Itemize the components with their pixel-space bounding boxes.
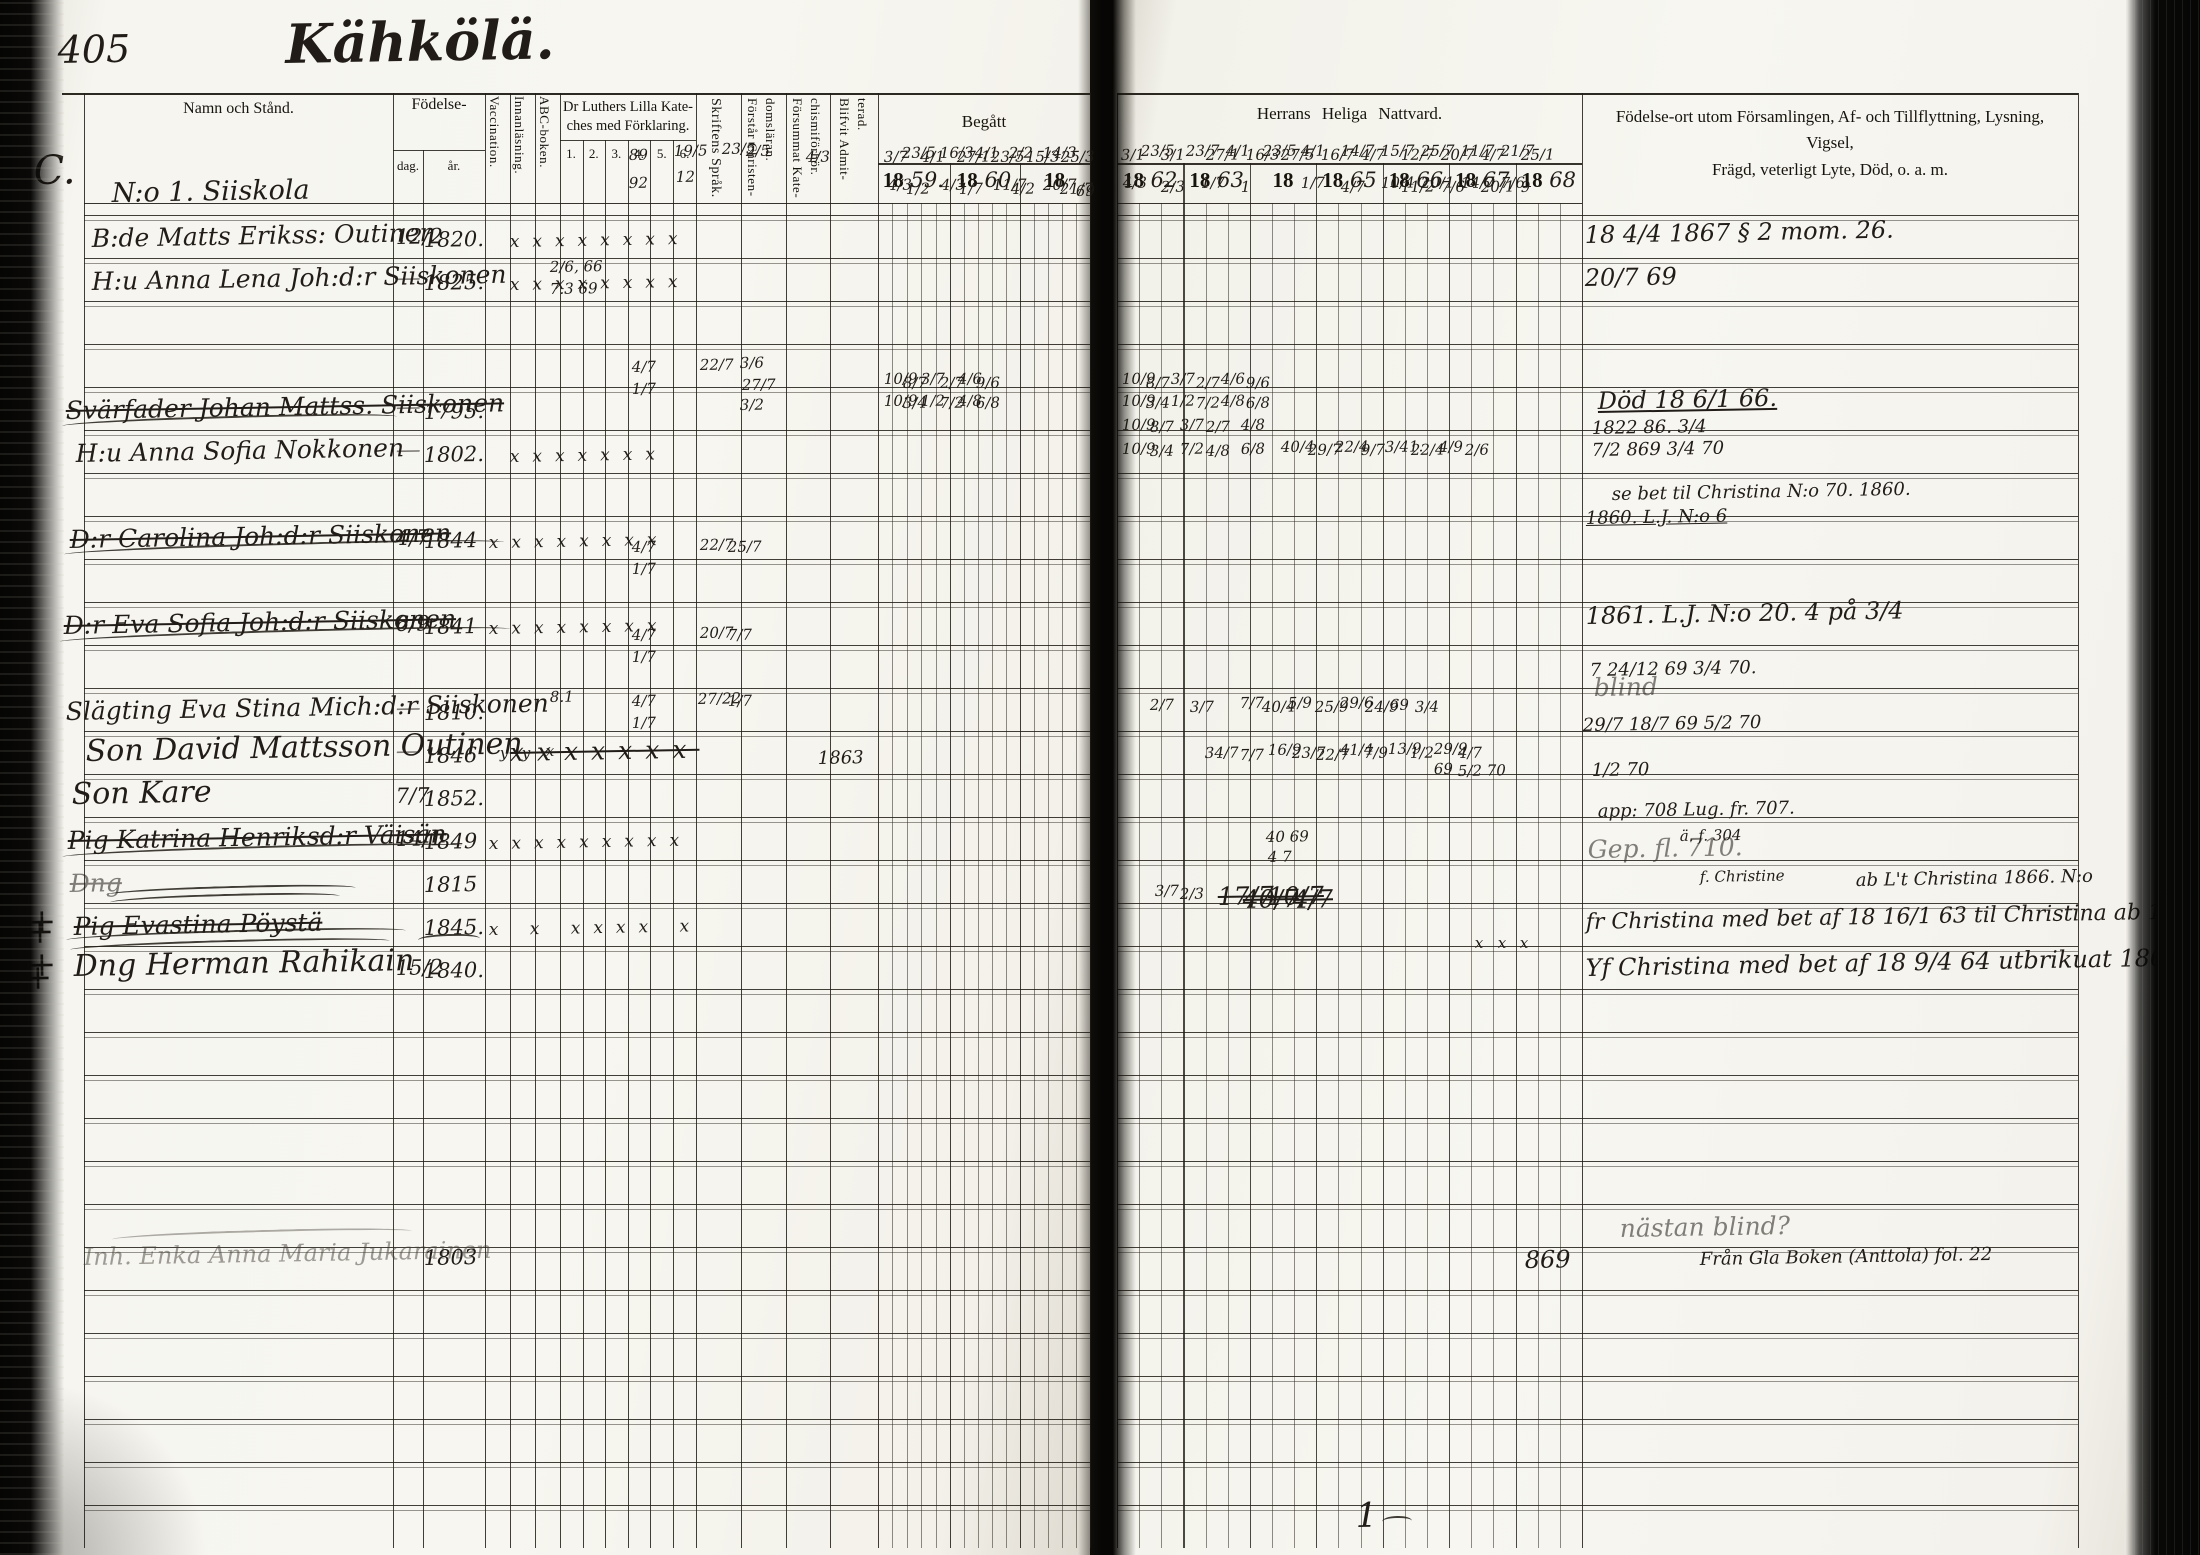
ink-mark: 3/1 <box>1161 146 1185 164</box>
rule-line <box>84 1381 1090 1382</box>
ink-mark: 34/7 <box>1205 743 1239 762</box>
rule-line <box>1006 203 1007 1548</box>
ink-mark: 3/4 <box>1146 394 1170 412</box>
ink-mark: 1/2 <box>1171 392 1195 410</box>
col-header-forsummat-1: Försummat Kate- <box>791 98 804 268</box>
rule-line <box>84 688 1090 689</box>
ink-mark: 6/8 <box>1246 394 1270 412</box>
ink-mark: 2/3 <box>1161 178 1185 196</box>
ink-mark: 4/8 <box>1221 392 1245 410</box>
rule-line <box>1117 301 2078 302</box>
ink-mark: 2/7 <box>1150 696 1174 714</box>
ink-text: Gep. fl. 710. <box>1587 832 1742 864</box>
ink-text: 1861. L.J. N:o 20. 4 på 3/4 <box>1586 596 1904 630</box>
rule-line <box>84 306 1090 307</box>
rule-line <box>84 1467 1090 1468</box>
scan-edge-left <box>0 0 64 1555</box>
ink-text: 29/7 18/7 69 5/2 70 <box>1583 712 1762 736</box>
col-header-kateches: Dr Luthers Lilla Kate- ches med Förklari… <box>560 98 696 136</box>
rule-line <box>84 645 1090 646</box>
col-header-begatt: Begått <box>878 112 1090 132</box>
ink-text: x x xxxx x <box>489 916 703 940</box>
ink-text: f. Christine <box>1700 867 1785 886</box>
rule-line <box>84 1209 1090 1210</box>
rule-line <box>84 1419 1090 1420</box>
kateches-number: 1. <box>560 146 582 162</box>
col-header-blifvit-1: Blifvit Admit- <box>838 98 851 248</box>
rule-line <box>1117 473 2078 474</box>
rule-line <box>1117 1510 2078 1511</box>
ink-text: xxxxxxxx <box>510 272 691 295</box>
scan-edge-right <box>2126 0 2200 1555</box>
rule-line <box>1117 1419 2078 1420</box>
rule-line <box>393 150 485 151</box>
rule-line <box>84 473 1090 474</box>
rule-line <box>1117 1204 2078 1205</box>
rule-line <box>1117 1462 2078 1463</box>
ink-text: — <box>395 392 421 421</box>
rule-line <box>84 215 1090 216</box>
ink-mark: 1 <box>1355 1496 1377 1536</box>
rule-line <box>84 559 1090 560</box>
rule-line <box>84 865 1090 866</box>
col-header-vaccination: Vaccination. <box>488 96 501 256</box>
rule-line <box>84 1290 1090 1291</box>
ink-mark: 4/7 <box>632 692 656 710</box>
rule-line <box>84 1204 1090 1205</box>
col-header-dag: dag. <box>393 158 423 174</box>
rule-line <box>560 93 561 1548</box>
ink-mark: 4/7 <box>632 358 656 376</box>
rule-line <box>1117 1080 2078 1081</box>
ink-text: 1825. <box>424 270 485 295</box>
ink-text: xxxxxxxxx <box>489 830 693 854</box>
rule-line <box>84 564 1090 565</box>
page-number: 405 <box>57 27 130 72</box>
rule-line <box>84 349 1090 350</box>
ink-mark: 8/7 <box>1150 418 1174 436</box>
ink-mark: 3/4 <box>1415 698 1439 716</box>
rule-line <box>84 650 1090 651</box>
ink-mark: 5/9 <box>1288 694 1312 712</box>
rule-line <box>84 1295 1090 1296</box>
col-header-blifvit-2: terad. <box>856 98 869 248</box>
rule-line <box>535 93 536 1548</box>
rule-line <box>1493 203 1494 1548</box>
ink-mark: 69 <box>1434 760 1453 778</box>
rule-line <box>84 989 1090 990</box>
kateches-number: 3. <box>605 146 627 162</box>
ink-mark: 4/7 <box>1341 178 1365 196</box>
rule-line <box>62 93 1090 95</box>
col-header-namn: Namn och Stånd. <box>84 100 393 118</box>
ink-text: 1846 <box>424 743 478 768</box>
ink-mark: 869 <box>1525 1245 1571 1274</box>
rule-line <box>1250 163 1251 1548</box>
ink-mark: 1/7 <box>632 380 656 398</box>
rule-line <box>1117 344 2078 345</box>
rule-line <box>1117 645 2078 646</box>
ink-text: xxxxxxxx <box>510 229 691 252</box>
rule-line <box>84 602 1090 603</box>
ink-mark: 4/8 <box>1241 416 1265 434</box>
rule-line <box>1117 349 2078 350</box>
ink-mark: 3/7 <box>1190 698 1214 716</box>
ink-mark: ab L't Christina 1866. N:o <box>1856 866 2093 891</box>
ink-mark: 7/7 <box>728 626 752 644</box>
rule-line <box>950 163 951 1548</box>
rule-line <box>1117 1424 2078 1425</box>
rule-line <box>84 1166 1090 1167</box>
col-header-skriftens-sprak: Skriftens Språk. <box>708 98 722 268</box>
rule-line <box>84 430 1090 431</box>
rule-line <box>741 93 742 1548</box>
rule-line <box>1427 203 1428 1548</box>
ink-text: — <box>395 693 421 722</box>
ink-mark: 40 69 <box>1266 827 1309 846</box>
ink-text: nästan blind? <box>1619 1211 1790 1243</box>
ink-text: H:u Anna Sofia Nokkonen <box>75 433 404 468</box>
ink-text: xxxxxxx <box>509 735 699 767</box>
rule-line <box>84 1505 1090 1506</box>
ink-mark: 9/6 <box>976 374 1000 392</box>
ink-text: Från Gla Boken (Anttola) fol. 22 <box>1700 1244 1993 1270</box>
ink-mark: 2/6, 66 <box>550 257 603 276</box>
ink-text: Död 18 6/1 66. <box>1598 384 1778 415</box>
ink-mark: 4/9 <box>1439 438 1463 456</box>
kateches-number: 2. <box>583 146 605 162</box>
rule-line <box>830 93 831 1548</box>
ink-mark: 9/6 <box>1246 374 1270 392</box>
ink-text: 1822 86. 3/4 <box>1592 416 1707 439</box>
kateches-number: 5. <box>651 146 673 162</box>
rule-line <box>1272 203 1273 1548</box>
col-header-forstar-1: Förstår Christen- <box>746 98 759 268</box>
rule-line <box>84 1075 1090 1076</box>
col-header-forsummat-2: chismiförhör. <box>809 98 822 268</box>
rule-line <box>2078 93 2079 1548</box>
ink-mark: 1/7 <box>632 714 656 732</box>
rule-line <box>1516 163 1517 1548</box>
rule-line <box>1117 989 2078 990</box>
rule-line <box>1117 1290 2078 1291</box>
ink-mark: 1/2 <box>1410 744 1434 762</box>
ink-text: 1795. <box>424 399 485 424</box>
ink-mark: 1/7 <box>632 648 656 666</box>
rule-line <box>84 1333 1090 1334</box>
ink-mark: x <box>1475 934 1484 952</box>
rule-line <box>84 516 1090 517</box>
rule-line <box>1117 1338 2078 1339</box>
ink-text: 1803 <box>424 1245 478 1270</box>
ink-text: B:de Matts Erikss: Outinen <box>91 218 435 253</box>
ink-text: 1852. <box>424 786 485 811</box>
rule-line <box>1117 93 2078 95</box>
ink-mark: 89 <box>629 146 648 164</box>
col-header-ar: år. <box>423 158 485 174</box>
ink-text: 1810. <box>424 700 485 725</box>
ink-text: — <box>395 435 421 464</box>
rule-line <box>1117 1161 2078 1162</box>
rule-line <box>696 93 697 1548</box>
ink-mark: 25/7 <box>728 537 762 556</box>
ink-mark: 4/2 <box>1011 180 1035 198</box>
ink-mark: 3/4 <box>1150 442 1174 460</box>
ink-mark: 1863 <box>818 747 864 769</box>
ink-mark: 3/7 <box>1155 882 1179 900</box>
rule-line <box>1117 1376 2078 1377</box>
rule-line <box>84 344 1090 345</box>
rule-line <box>1117 865 2078 866</box>
ink-mark: 4/8 <box>1206 442 1230 460</box>
rule-line <box>1117 203 1582 204</box>
ink-mark: 12 <box>676 168 695 186</box>
rule-line <box>84 1080 1090 1081</box>
ink-mark: 6/8 <box>1241 440 1265 458</box>
ink-mark: y <box>500 744 509 762</box>
rule-line <box>1117 1333 2078 1334</box>
ink-text: — <box>395 263 421 292</box>
rule-line <box>1117 559 2078 560</box>
rule-line <box>1117 994 2078 995</box>
rule-line <box>1582 93 1583 1548</box>
rule-line <box>1034 203 1035 1548</box>
ink-mark: 3/7 <box>1180 416 1204 434</box>
rule-line <box>1117 1075 2078 1076</box>
rule-line <box>1117 1295 2078 1296</box>
rule-line <box>1117 306 2078 307</box>
ink-mark: 1 <box>1241 178 1251 196</box>
ink-mark: y <box>522 744 531 762</box>
ink-mark: 1/7 <box>1301 174 1325 192</box>
rule-line <box>1117 1118 2078 1119</box>
rule-line <box>84 1424 1090 1425</box>
page-title: Kähkölä. <box>285 7 555 76</box>
scanned-register-page: 405 Kähkölä. Namn och Stånd. Födelse- da… <box>0 0 2200 1555</box>
ink-mark: 92 <box>629 174 648 192</box>
rule-line <box>485 93 486 1548</box>
ink-strike <box>1382 1516 1412 1528</box>
rule-line <box>1076 203 1077 1548</box>
ink-mark: 3/7 <box>1171 370 1195 388</box>
ink-mark: 7/2 <box>1180 440 1204 458</box>
ink-mark: 1/7 <box>728 692 752 710</box>
ink-mark: 4/7 <box>632 538 656 556</box>
ink-text: Son Kare <box>71 775 211 812</box>
ink-mark: 2/3 <box>1180 885 1204 903</box>
rule-line <box>1117 650 2078 651</box>
rule-line <box>1538 203 1539 1548</box>
ink-text: 1860. L.J. N:o 6 <box>1586 506 1728 529</box>
ink-mark: 2/7 <box>1196 374 1220 392</box>
ink-mark: 1/2 <box>906 180 930 198</box>
ink-mark: 7/9 <box>1364 744 1388 762</box>
ink-mark: 4/7 <box>632 626 656 644</box>
rule-line <box>84 1376 1090 1377</box>
ink-mark: 9 <box>1521 178 1531 196</box>
ink-mark: x <box>546 742 555 760</box>
ink-text: 1815 <box>424 872 478 897</box>
ink-text: 1849 <box>424 829 478 854</box>
ink-text: N:o 1. Siiskola <box>111 175 309 209</box>
ink-mark: 2/5 <box>746 142 770 160</box>
ink-mark: 9/7 <box>1361 441 1385 459</box>
ink-mark: 3/2 <box>740 396 764 414</box>
rule-line <box>1117 1123 2078 1124</box>
ink-mark: 7/7 <box>1240 694 1264 712</box>
rule-line <box>1294 203 1295 1548</box>
rule-line <box>1117 1381 2078 1382</box>
rule-line <box>84 817 1090 818</box>
ink-mark: x <box>1520 934 1529 952</box>
ink-mark: 1/7 <box>1201 174 1225 192</box>
rule-line <box>1117 258 2078 259</box>
ink-mark: 4/7 <box>1458 744 1482 762</box>
rule-line <box>1361 203 1362 1548</box>
ink-mark: 4/6 <box>1221 370 1245 388</box>
book-gutter <box>1078 0 1136 1555</box>
rule-line <box>1117 1209 2078 1210</box>
ink-text: xxxxxxx <box>510 444 668 467</box>
rule-line <box>84 1032 1090 1033</box>
col-header-forstar-2: domsläran. <box>764 98 777 268</box>
rule-line <box>1560 203 1561 1548</box>
rule-line <box>1117 822 2078 823</box>
rule-line <box>84 1118 1090 1119</box>
col-header-notes: Födelse-ort utom Församlingen, Af- och T… <box>1592 104 2068 183</box>
ink-text: — <box>395 736 421 765</box>
ink-mark: 7/2 <box>1196 394 1220 412</box>
col-header-fodelse: Födelse- <box>393 96 485 114</box>
ink-text: 1802. <box>424 442 485 467</box>
ink-text: blind <box>1593 672 1658 702</box>
rule-line <box>84 860 1090 861</box>
ink-mark: 1/7 <box>959 180 983 198</box>
rule-line <box>84 1123 1090 1124</box>
rule-line <box>84 1161 1090 1162</box>
ink-mark: 69 <box>1390 696 1409 714</box>
rule-line <box>1117 1032 2078 1033</box>
ink-text: 20/7 69 <box>1585 262 1678 292</box>
rule-line <box>1405 203 1406 1548</box>
ink-mark: 22/7 <box>700 355 734 374</box>
rule-line <box>84 1462 1090 1463</box>
rule-line <box>786 93 787 1548</box>
rule-line <box>1316 163 1317 1548</box>
ink-text: se bet til Christina N:o 70. 1860. <box>1612 479 1911 505</box>
ink-text: 1/2 70 <box>1592 759 1650 781</box>
rule-line <box>1383 163 1384 1548</box>
rule-line <box>1117 1037 2078 1038</box>
rule-line <box>84 301 1090 302</box>
rule-line <box>1062 203 1063 1548</box>
rule-line <box>84 1037 1090 1038</box>
rule-line <box>84 774 1090 775</box>
ink-text: 1840. <box>424 958 485 983</box>
rule-line <box>1117 1467 2078 1468</box>
rule-line <box>1449 163 1450 1548</box>
ink-mark: 8/7 <box>1146 374 1170 392</box>
rule-line <box>1117 478 2078 479</box>
rule-line <box>84 1510 1090 1511</box>
ink-mark: 4 7 <box>1268 848 1292 866</box>
rule-line <box>1117 564 2078 565</box>
rule-line <box>84 478 1090 479</box>
ink-mark: 1/7 <box>632 560 656 578</box>
rule-line <box>1117 1505 2078 1506</box>
rule-line <box>1117 736 2078 737</box>
ink-mark: 7/7 <box>1240 746 1264 764</box>
rule-line <box>84 994 1090 995</box>
ink-text: 1820. <box>424 227 485 252</box>
ink-text: 7/2 869 3/4 70 <box>1592 438 1725 461</box>
rule-line <box>1338 203 1339 1548</box>
ink-mark: 3/6 <box>740 354 764 372</box>
rule-line <box>1117 215 2078 216</box>
ink-mark: 2/6 <box>1465 441 1489 459</box>
ink-mark: 2/7 <box>1206 418 1230 436</box>
ink-mark: x <box>1498 934 1507 952</box>
col-header-nattvard: Herrans Heliga Nattvard. <box>1117 104 1582 124</box>
ink-mark: 5/2 70 <box>1458 761 1506 780</box>
ink-mark: 27/7 <box>742 375 776 394</box>
ink-text: app: 708 Lug. fr. 707. <box>1598 798 1795 822</box>
rule-line <box>84 1338 1090 1339</box>
ink-mark: 6/8 <box>976 394 1000 412</box>
ink-text: 18 4/4 1867 § 2 mom. 26. <box>1585 216 1894 249</box>
ink-mark: 19/5 <box>674 141 708 160</box>
ink-strike <box>418 933 480 946</box>
rule-line <box>1471 203 1472 1548</box>
ink-text: Yf Christina med bet af 18 9/4 64 utbrik… <box>1586 944 2181 982</box>
ink-mark: 8.1 <box>550 688 574 706</box>
ink-mark: 7.3 69 <box>550 279 598 298</box>
rule-line <box>1048 203 1049 1548</box>
rule-line <box>1117 1166 2078 1167</box>
rule-line <box>84 93 85 1548</box>
ink-mark: 25/1 <box>1521 145 1555 164</box>
rule-line <box>878 93 879 1548</box>
ink-mark: 4/3 <box>806 148 830 166</box>
rule-line <box>1020 163 1021 1548</box>
rule-line <box>510 93 511 1548</box>
ink-mark: 4/7 <box>1292 884 1333 914</box>
rule-line <box>84 779 1090 780</box>
